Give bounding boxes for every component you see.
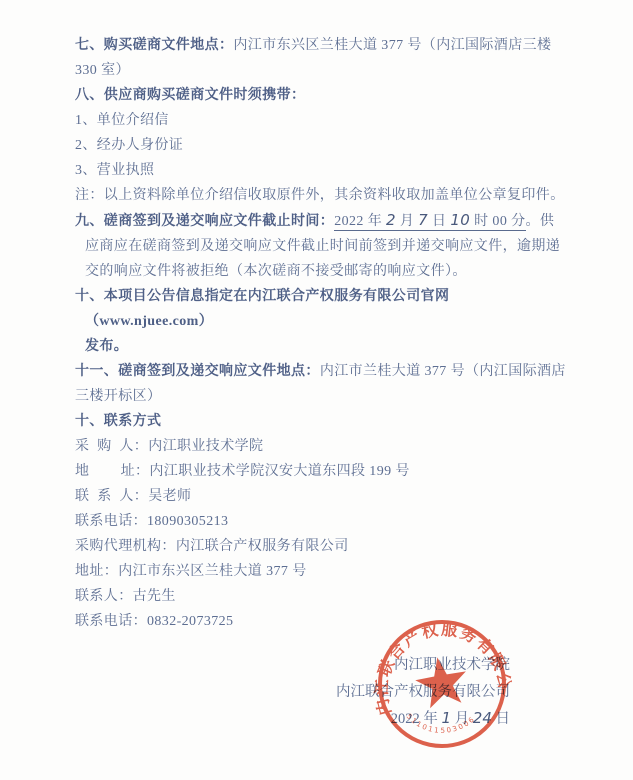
agency-contact-label: 联系人： — [75, 589, 133, 604]
deadline-date-underlined: 2022 年 2 月 7 日 10 时 00 分 — [334, 214, 525, 231]
purchaser-phone-value: 18090305213 — [147, 514, 228, 529]
agency-contact-value: 古先生 — [133, 589, 176, 604]
handwritten-day: 7 — [418, 211, 428, 229]
agency-address-value: 内江市东兴区兰桂大道 377 号 — [118, 564, 306, 579]
section-7-heading: 七、购买磋商文件地点： — [75, 38, 233, 53]
section-9: 九、磋商签到及递交响应文件截止时间：2022 年 2 月 7 日 10 时 00… — [75, 208, 567, 284]
purchaser-contact-row: 联 系 人：吴老师 — [75, 484, 567, 509]
contact-section-heading: 十、联系方式 — [75, 409, 567, 434]
purchaser-name-row: 采 购 人：内江职业技术学院 — [75, 434, 567, 459]
handwritten-month: 2 — [386, 211, 396, 229]
seal-serial-number: 511011503006 — [404, 701, 479, 741]
agency-name-row: 采购代理机构：内江联合产权服务有限公司 — [75, 534, 567, 559]
purchaser-phone-label: 联系电话： — [75, 514, 147, 529]
purchaser-contact-value: 吴老师 — [148, 489, 191, 504]
date-part-minutes: 时 00 分 — [470, 214, 525, 229]
document-body: 七、购买磋商文件地点：内江市东兴区兰桂大道 377 号（内江国际酒店三楼 330… — [75, 33, 567, 634]
section-11-heading: 十一、磋商签到及递交响应文件地点： — [75, 364, 320, 379]
procurement-announcement-page: 七、购买磋商文件地点：内江市东兴区兰桂大道 377 号（内江国际酒店三楼 330… — [0, 0, 633, 780]
agency-address-label: 地址： — [75, 564, 118, 579]
agency-contact-row: 联系人：古先生 — [75, 584, 567, 609]
checklist-item-3: 3、营业执照 — [75, 158, 567, 183]
section-10-line1: 十、本项目公告信息指定在内江联合产权服务有限公司官网（www.njuee.com… — [75, 289, 449, 329]
agency-name-value: 内江联合产权服务有限公司 — [176, 539, 349, 554]
purchaser-name-label: 采 购 人： — [75, 439, 148, 454]
red-seal-stamp: 内江联合产权服务有限公司 511011503006 — [372, 614, 512, 754]
section-11: 十一、磋商签到及递交响应文件地点：内江市兰桂大道 377 号（内江国际酒店三楼开… — [75, 359, 567, 409]
purchaser-name-value: 内江职业技术学院 — [148, 439, 263, 454]
section-9-heading: 九、磋商签到及递交响应文件截止时间： — [75, 214, 334, 229]
section-10-line2: 发布。 — [85, 339, 128, 354]
agency-phone-value: 0832-2073725 — [147, 614, 233, 629]
purchaser-address-value: 内江职业技术学院汉安大道东四段 199 号 — [149, 464, 409, 479]
note-line: 注：以上资料除单位介绍信收取原件外，其余资料收取加盖单位公章复印件。 — [75, 183, 567, 208]
handwritten-hour: 10 — [450, 211, 470, 229]
agency-name-label: 采购代理机构： — [75, 539, 176, 554]
section-10: 十、本项目公告信息指定在内江联合产权服务有限公司官网（www.njuee.com… — [75, 284, 567, 359]
star-icon — [412, 653, 471, 710]
section-8-heading: 八、供应商购买磋商文件时须携带： — [75, 83, 567, 108]
purchaser-address-row: 地 址：内江职业技术学院汉安大道东四段 199 号 — [75, 459, 567, 484]
agency-address-row: 地址：内江市东兴区兰桂大道 377 号 — [75, 559, 567, 584]
agency-phone-label: 联系电话： — [75, 614, 147, 629]
date-part-day-unit: 日 — [428, 214, 450, 229]
purchaser-phone-row: 联系电话：18090305213 — [75, 509, 567, 534]
purchaser-address-label: 地 址： — [75, 464, 149, 479]
svg-text:511011503006: 511011503006 — [404, 701, 479, 741]
purchaser-contact-label: 联 系 人： — [75, 489, 148, 504]
section-7: 七、购买磋商文件地点：内江市东兴区兰桂大道 377 号（内江国际酒店三楼 330… — [75, 33, 567, 83]
checklist-item-1: 1、单位介绍信 — [75, 108, 567, 133]
checklist-item-2: 2、经办人身份证 — [75, 133, 567, 158]
date-part-month-unit: 月 — [396, 214, 418, 229]
date-part-year: 2022 年 — [334, 214, 386, 229]
